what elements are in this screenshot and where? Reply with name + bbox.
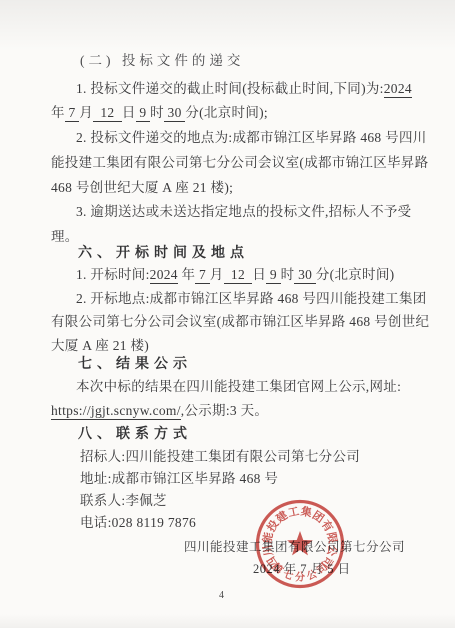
section-heading-7: 七、结果公示 [78, 354, 192, 373]
filled-blank: 12 [93, 105, 122, 122]
text-run: 年 [178, 267, 195, 282]
para-late-delivery: 3. 逾期送达或未送达指定地点的投标文件,招标人不予受 [76, 202, 411, 221]
text-run: 七、结果公示 [78, 355, 192, 371]
para-opening-place: 2. 开标地点:成都市锦江区毕昇路 468 号四川能投建工集团 [76, 289, 427, 308]
para-place-cont1: 能投建工集团有限公司第七分公司会议室(成都市锦江区毕昇路 [51, 153, 428, 172]
text-run: ,公示期:3 天。 [181, 403, 268, 418]
filled-blank: 9 [266, 267, 280, 284]
filled-blank: 30 [294, 267, 315, 284]
text-run: 年 [51, 105, 65, 120]
document-page: (二) 投标文件的递交1. 投标文件递交的截止时间(投标截止时间,下同)为:20… [0, 0, 455, 628]
section-heading-8: 八、联系方式 [78, 424, 192, 443]
text-run: 日 [252, 267, 266, 282]
text-run: 六、开标时间及地点 [78, 244, 249, 260]
filled-blank: https://jgjt.scnyw.com/ [51, 403, 181, 420]
seal-character: 川 [261, 544, 276, 557]
seal-character: 分 [295, 571, 305, 584]
text-run: 招标人:四川能投建工集团有限公司第七分公司 [80, 449, 360, 464]
para-late-delivery-cont: 理。 [51, 227, 79, 246]
contact-phone: 电话:028 8119 7876 [80, 513, 196, 532]
section-heading-6: 六、开标时间及地点 [78, 243, 249, 262]
contact-bidder: 招标人:四川能投建工集团有限公司第七分公司 [80, 447, 360, 466]
text-run: 468 号创世纪大厦 A 座 21 楼); [51, 180, 233, 195]
text-run: 3. 逾期送达或未送达指定地点的投标文件,招标人不予受 [76, 204, 411, 219]
para-place: 2. 投标文件递交的地点为:成都市锦江区毕昇路 468 号四川 [76, 128, 427, 147]
filled-blank: 30 [164, 105, 185, 122]
page-number: 4 [219, 590, 224, 601]
para-opening-place-cont1: 有限公司第七分公司会议室(成都市锦江区毕昇路 468 号创世纪 [51, 312, 429, 331]
text-run: 日 [122, 105, 136, 120]
para-opening-place-cont2: 大厦 A 座 21 楼) [51, 336, 149, 355]
text-run: 分(北京时间); [185, 105, 268, 120]
filled-blank: 9 [136, 105, 150, 122]
text-run: 联系人:李佩芝 [80, 493, 167, 508]
contact-person: 联系人:李佩芝 [80, 491, 167, 510]
text-run: 时 [150, 105, 164, 120]
text-run: 八、联系方式 [78, 425, 192, 441]
text-run: 能投建工集团有限公司第七分公司会议室(成都市锦江区毕昇路 [51, 155, 428, 170]
text-run: 理。 [51, 229, 79, 244]
para-result-url: https://jgjt.scnyw.com/,公示期:3 天。 [51, 401, 268, 420]
text-run: 月 [79, 105, 93, 120]
filled-blank: 2024 [150, 267, 178, 284]
seal-star-icon [287, 531, 313, 555]
text-run: 本次中标的结果在四川能投建工集团官网上公示,网址: [76, 379, 401, 394]
seal-character: 限 [324, 531, 340, 544]
filled-blank: 7 [195, 267, 209, 284]
para-deadline: 1. 投标文件递交的截止时间(投标截止时间,下同)为:2024 [76, 79, 412, 98]
text-run: 2. 开标地点:成都市锦江区毕昇路 468 号四川能投建工集团 [76, 291, 427, 306]
company-seal: 四川能投建工集团有限公司 第七分公司 [240, 484, 360, 604]
subsection-heading-submission: (二) 投标文件的递交 [80, 51, 244, 70]
text-run: 电话:028 8119 7876 [80, 515, 196, 530]
text-run: 1. 开标时间: [76, 267, 150, 282]
text-run: 2. 投标文件递交的地点为:成都市锦江区毕昇路 468 号四川 [76, 130, 427, 145]
filled-blank: 2024 [384, 81, 412, 98]
text-run: 时 [281, 267, 295, 282]
text-run: 大厦 A 座 21 楼) [51, 338, 149, 353]
text-run: 1. 投标文件递交的截止时间(投标截止时间,下同)为: [76, 81, 384, 96]
text-run: (二) 投标文件的递交 [80, 53, 244, 68]
para-result: 本次中标的结果在四川能投建工集团官网上公示,网址: [76, 377, 401, 396]
para-opening-time: 1. 开标时间:2024 年 7 月 12 日 9 时 30 分(北京时间) [76, 265, 394, 284]
text-run: 分(北京时间) [316, 267, 395, 282]
filled-blank: 12 [224, 267, 253, 284]
filled-blank: 7 [65, 105, 79, 122]
seal-character: 工 [287, 505, 300, 520]
text-run: 月 [210, 267, 224, 282]
text-run: 有限公司第七分公司会议室(成都市锦江区毕昇路 468 号创世纪 [51, 314, 429, 329]
para-deadline-cont: 年 7 月 12 日 9 时 30 分(北京时间); [51, 103, 268, 122]
para-place-cont2: 468 号创世纪大厦 A 座 21 楼); [51, 178, 233, 197]
